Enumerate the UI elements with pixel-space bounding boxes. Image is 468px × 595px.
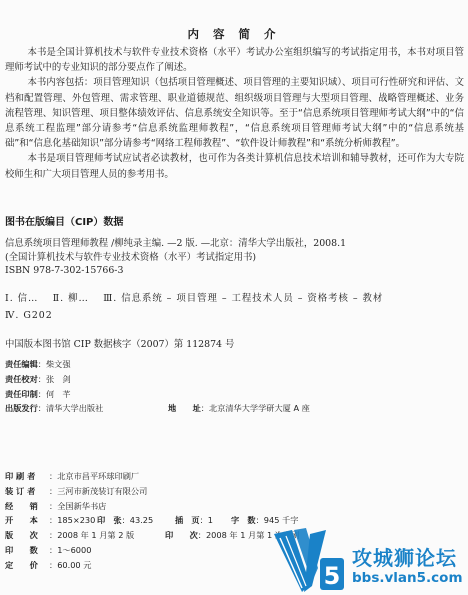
summary-paragraph: 本书是全国计算机技术与软件专业技术资格（水平）考试办公室组织编写的考试指定用书，… xyxy=(5,45,464,75)
staff-row: 责任校对：张 剑 xyxy=(5,372,465,387)
printer-value: 北京市昌平环球印刷厂 xyxy=(57,471,139,481)
edition-label: 版 次 xyxy=(5,528,49,543)
copyright-page: 内 容 简 介 本书是全国计算机技术与软件专业技术资格（水平）考试办公室组织编写… xyxy=(0,0,468,595)
cip-heading: 图书在版编目（CIP）数据 xyxy=(5,213,123,228)
address: 地 址：北京清华大学学研大厦 A 座 xyxy=(168,401,310,416)
printer-row: 印 刷 者：北京市昌平环球印刷厂 xyxy=(5,469,465,484)
cip-line: 信息系统项目管理师教程 /柳纯录主编. —2 版. —北京：清华大学出版社，20… xyxy=(5,237,465,251)
binder-row: 装 订 者：三河市新茂装订有限公司 xyxy=(5,484,465,499)
distributor-label: 经 销 xyxy=(5,499,49,514)
publisher-row: 出版发行：清华大学出版社 地 址：北京清华大学学研大厦 A 座 xyxy=(5,401,465,416)
format-label: 开 本 xyxy=(5,513,49,528)
staff-row: 责任印制：何 芊 xyxy=(5,387,465,402)
staff-label: 责任校对 xyxy=(5,372,38,387)
staff-list: 责任编辑：柴文强 责任校对：张 剑 责任印制：何 芊 出版发行：清华大学出版社 … xyxy=(5,357,465,416)
publisher-value: 清华大学出版社 xyxy=(46,401,103,416)
classification-line: Ⅳ. G202 xyxy=(5,307,465,324)
address-label: 地 址 xyxy=(168,403,201,413)
plates-label: 插 页 xyxy=(175,513,200,528)
summary-title: 内 容 简 介 xyxy=(0,26,468,42)
binder-label: 装 订 者 xyxy=(5,484,49,499)
binder-value: 三河市新茂装订有限公司 xyxy=(57,486,147,496)
copies-value: 1～6000 xyxy=(57,545,91,555)
summary-paragraph: 本书是项目管理师考试应试者必读教材，也可作为各类计算机信息技术培训和辅导教材，还… xyxy=(5,151,464,181)
classification: Ⅰ. 信… Ⅱ. 柳… Ⅲ. 信息系统 – 项目管理 – 工程技术人员 – 资格… xyxy=(5,290,465,324)
watermark-url: bbs.vlan5.com xyxy=(352,570,463,586)
distributor-value: 全国新华书店 xyxy=(57,501,106,511)
plates-value: 1 xyxy=(208,515,213,525)
staff-value: 何 芊 xyxy=(46,387,71,402)
svg-text:5: 5 xyxy=(324,562,341,590)
format-row: 开 本：185×230 印 张：43.25 插 页：1 字 数：945 千字 xyxy=(5,513,465,528)
watermark-title: 攻城狮论坛 xyxy=(352,542,457,571)
sheets-label: 印 张 xyxy=(97,513,122,528)
summary-paragraph: 本书内容包括：项目管理知识（包括项目管理概述、项目管理的主要知识域）、项目可行性… xyxy=(5,75,464,151)
distributor-row: 经 销：全国新华书店 xyxy=(5,499,465,514)
price-label: 定 价 xyxy=(5,558,49,573)
cip-record: 信息系统项目管理师教程 /柳纯录主编. —2 版. —北京：清华大学出版社，20… xyxy=(5,237,465,278)
classification-line: Ⅰ. 信… Ⅱ. 柳… Ⅲ. 信息系统 – 项目管理 – 工程技术人员 – 资格… xyxy=(5,290,465,307)
cip-verify-number: 中国版本图书馆 CIP 数据核字（2007）第 112874 号 xyxy=(5,336,234,350)
publisher-label: 出版发行 xyxy=(5,401,38,416)
print-run-label: 印 次 xyxy=(165,528,198,543)
staff-value: 张 剑 xyxy=(46,372,71,387)
staff-value: 柴文强 xyxy=(46,357,71,372)
cip-line: (全国计算机技术与软件专业技术资格（水平）考试指定用书) xyxy=(5,251,465,265)
copies-label: 印 数 xyxy=(5,543,49,558)
summary-text: 本书是全国计算机技术与软件专业技术资格（水平）考试办公室组织编写的考试指定用书，… xyxy=(5,45,464,182)
format-value: 185×230 xyxy=(57,515,95,525)
staff-row: 责任编辑：柴文强 xyxy=(5,357,465,372)
printer-label: 印 刷 者 xyxy=(5,469,49,484)
address-value: 北京清华大学学研大厦 A 座 xyxy=(209,403,310,413)
price-value: 60.00 元 xyxy=(57,560,91,570)
words-label: 字 数 xyxy=(231,513,256,528)
isbn: ISBN 978-7-302-15766-3 xyxy=(5,264,465,278)
edition-value: 2008 年 1 月第 2 版 xyxy=(57,530,134,540)
words-value: 945 千字 xyxy=(264,515,299,525)
staff-label: 责任编辑 xyxy=(5,357,38,372)
staff-label: 责任印制 xyxy=(5,387,38,402)
watermark: 5 攻城狮论坛 bbs.vlan5.com xyxy=(272,542,468,595)
sheets-value: 43.25 xyxy=(130,515,153,525)
v5-logo-icon: 5 xyxy=(272,528,348,594)
edition-row: 版 次：2008 年 1 月第 2 版 印 次：2008 年 1 月第 1 次印… xyxy=(5,528,465,543)
